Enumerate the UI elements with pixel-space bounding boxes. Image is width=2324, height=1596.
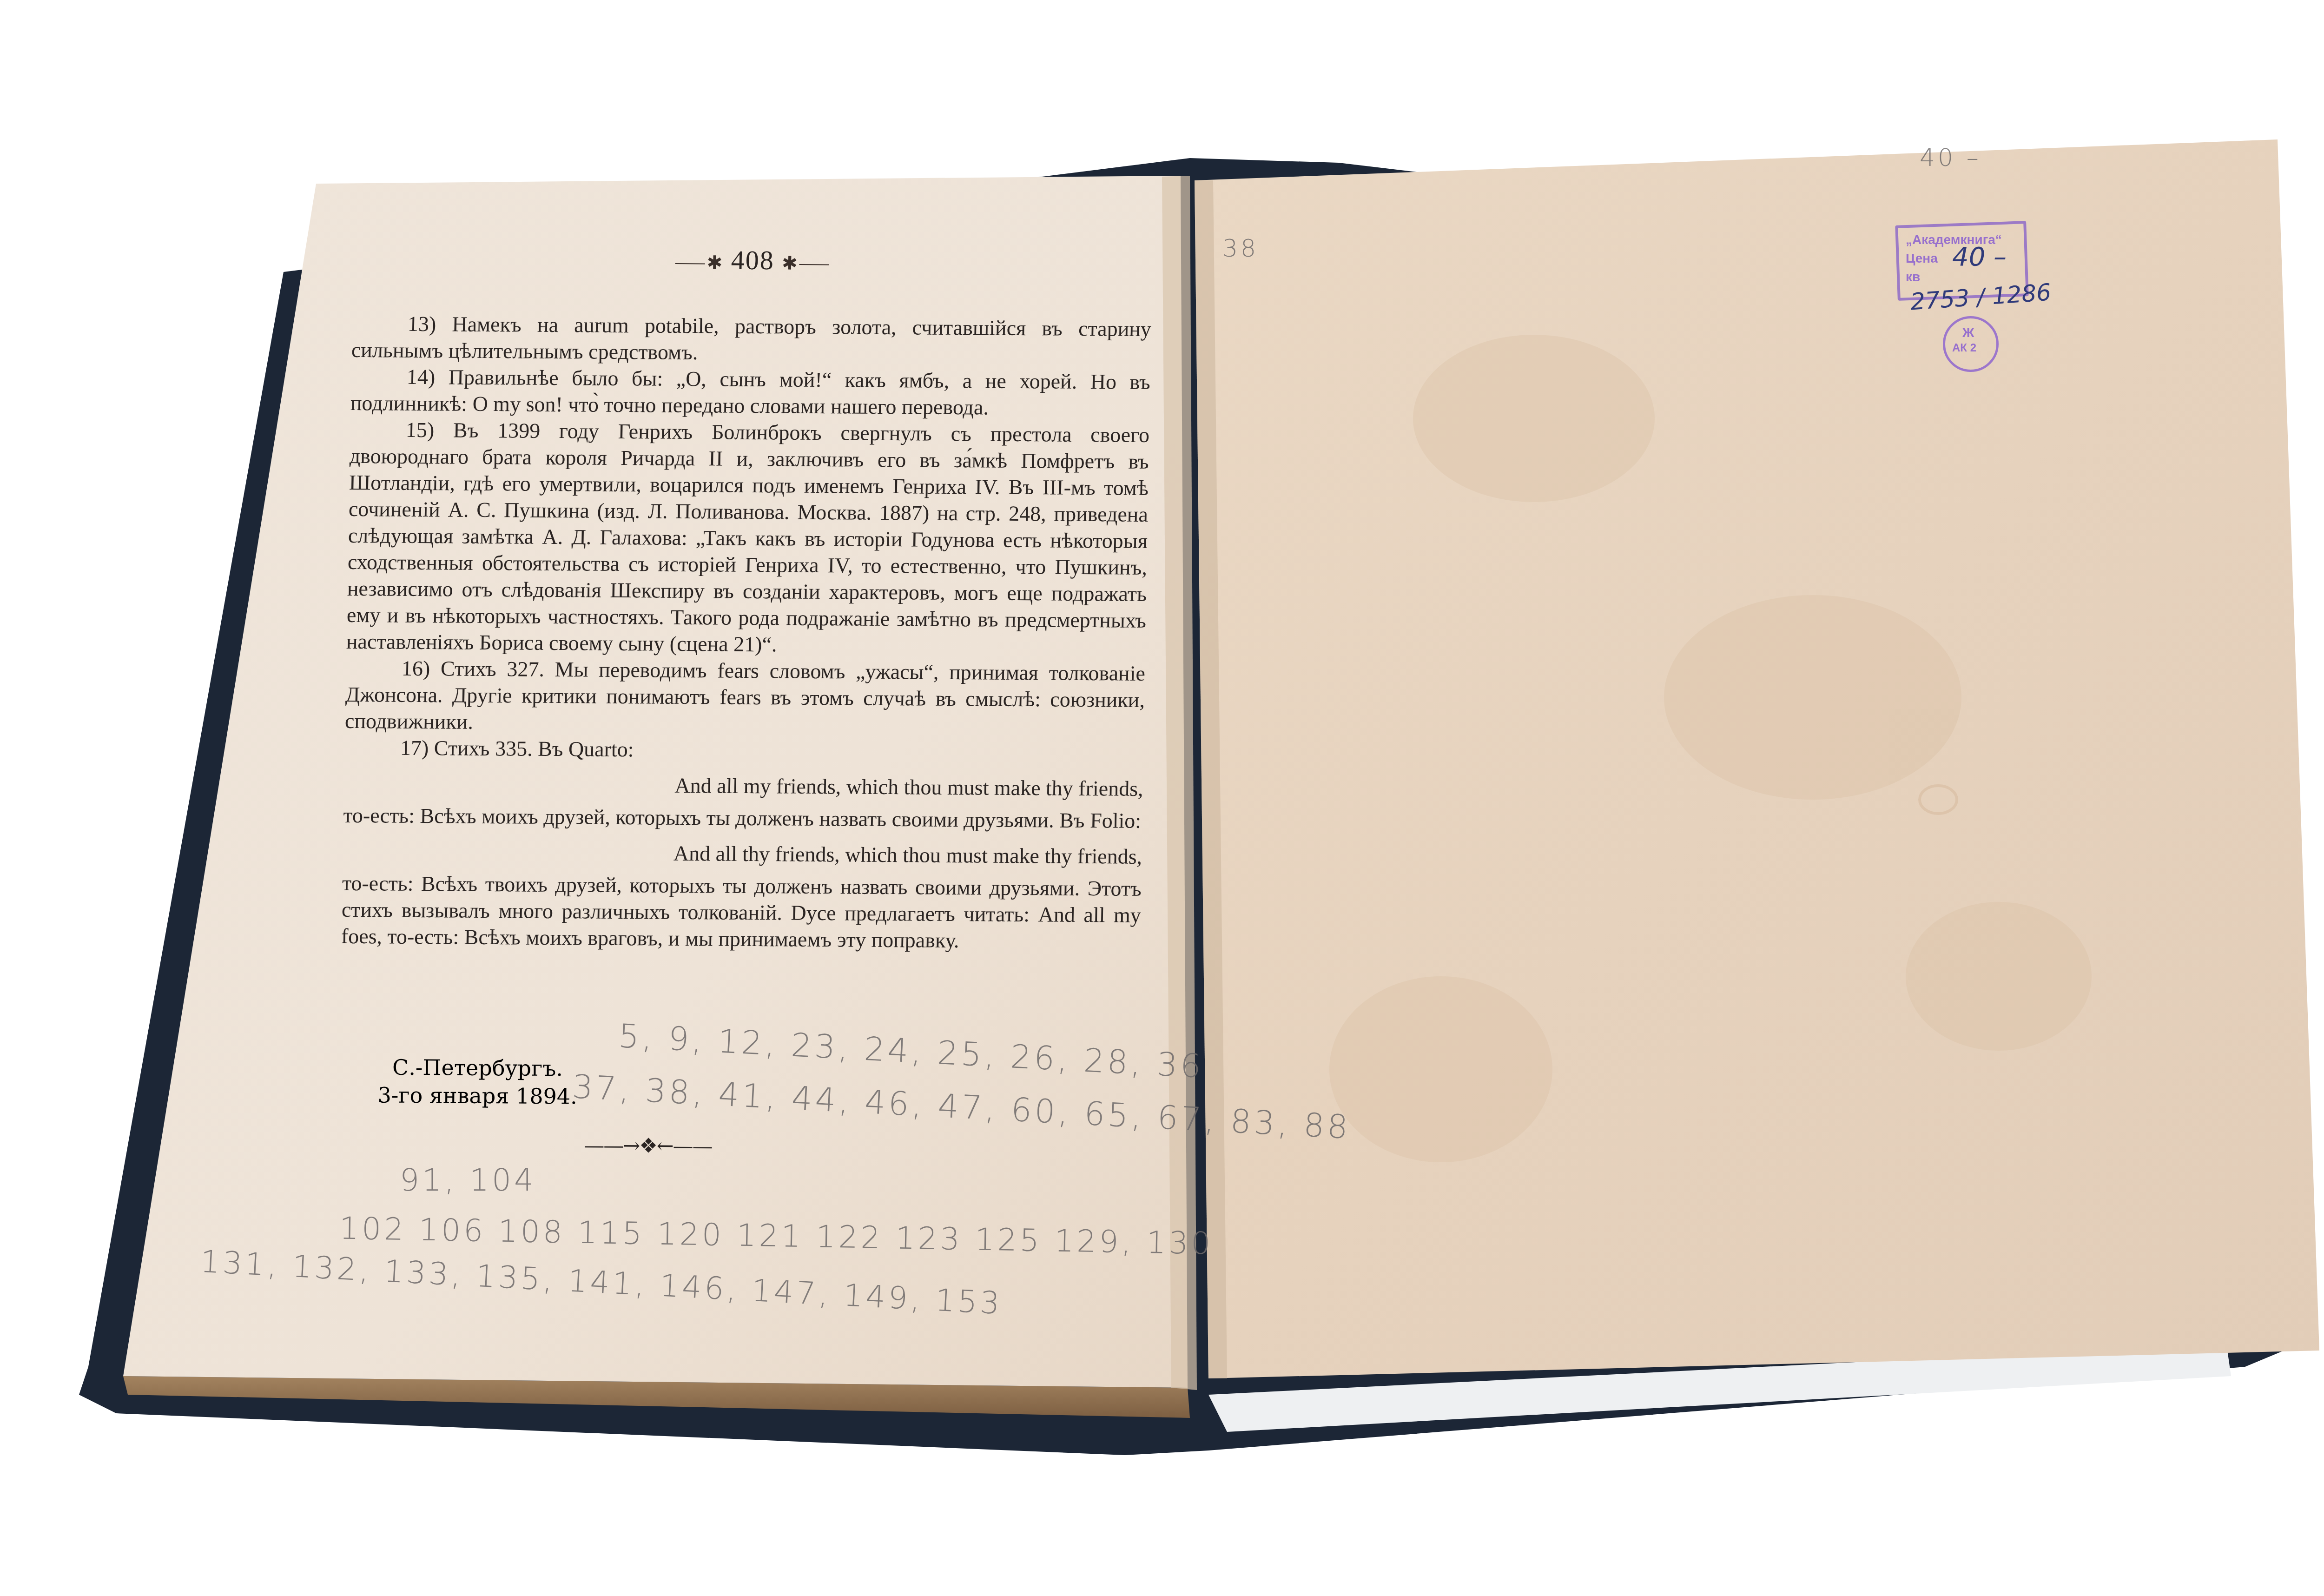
stamp-line-3: кв [1906,270,1920,285]
pencil-38: 38 [1222,235,1259,263]
pencil-line-3: 91, 104 [400,1162,536,1198]
stamp-line-2: Цена [1906,251,1938,266]
fleuron-icon: ——→❖←—— [584,1134,712,1159]
signoff: С.-Петербургъ. 3-го января 1894. [347,1053,608,1111]
date: 3-го января 1894. [347,1081,607,1111]
place: С.-Петербургъ. [347,1053,607,1083]
circle-stamp-line-1: Ж [1962,325,1974,340]
pencil-price-top: 40 – [1920,144,1981,172]
book-photo: ⸺✱ 408 ✱⸺ 13) Намекъ на aurum potabile, … [0,0,2324,1596]
ink-price: 40 – [1952,242,2007,272]
circle-stamp-line-2: АК 2 [1952,342,1976,355]
